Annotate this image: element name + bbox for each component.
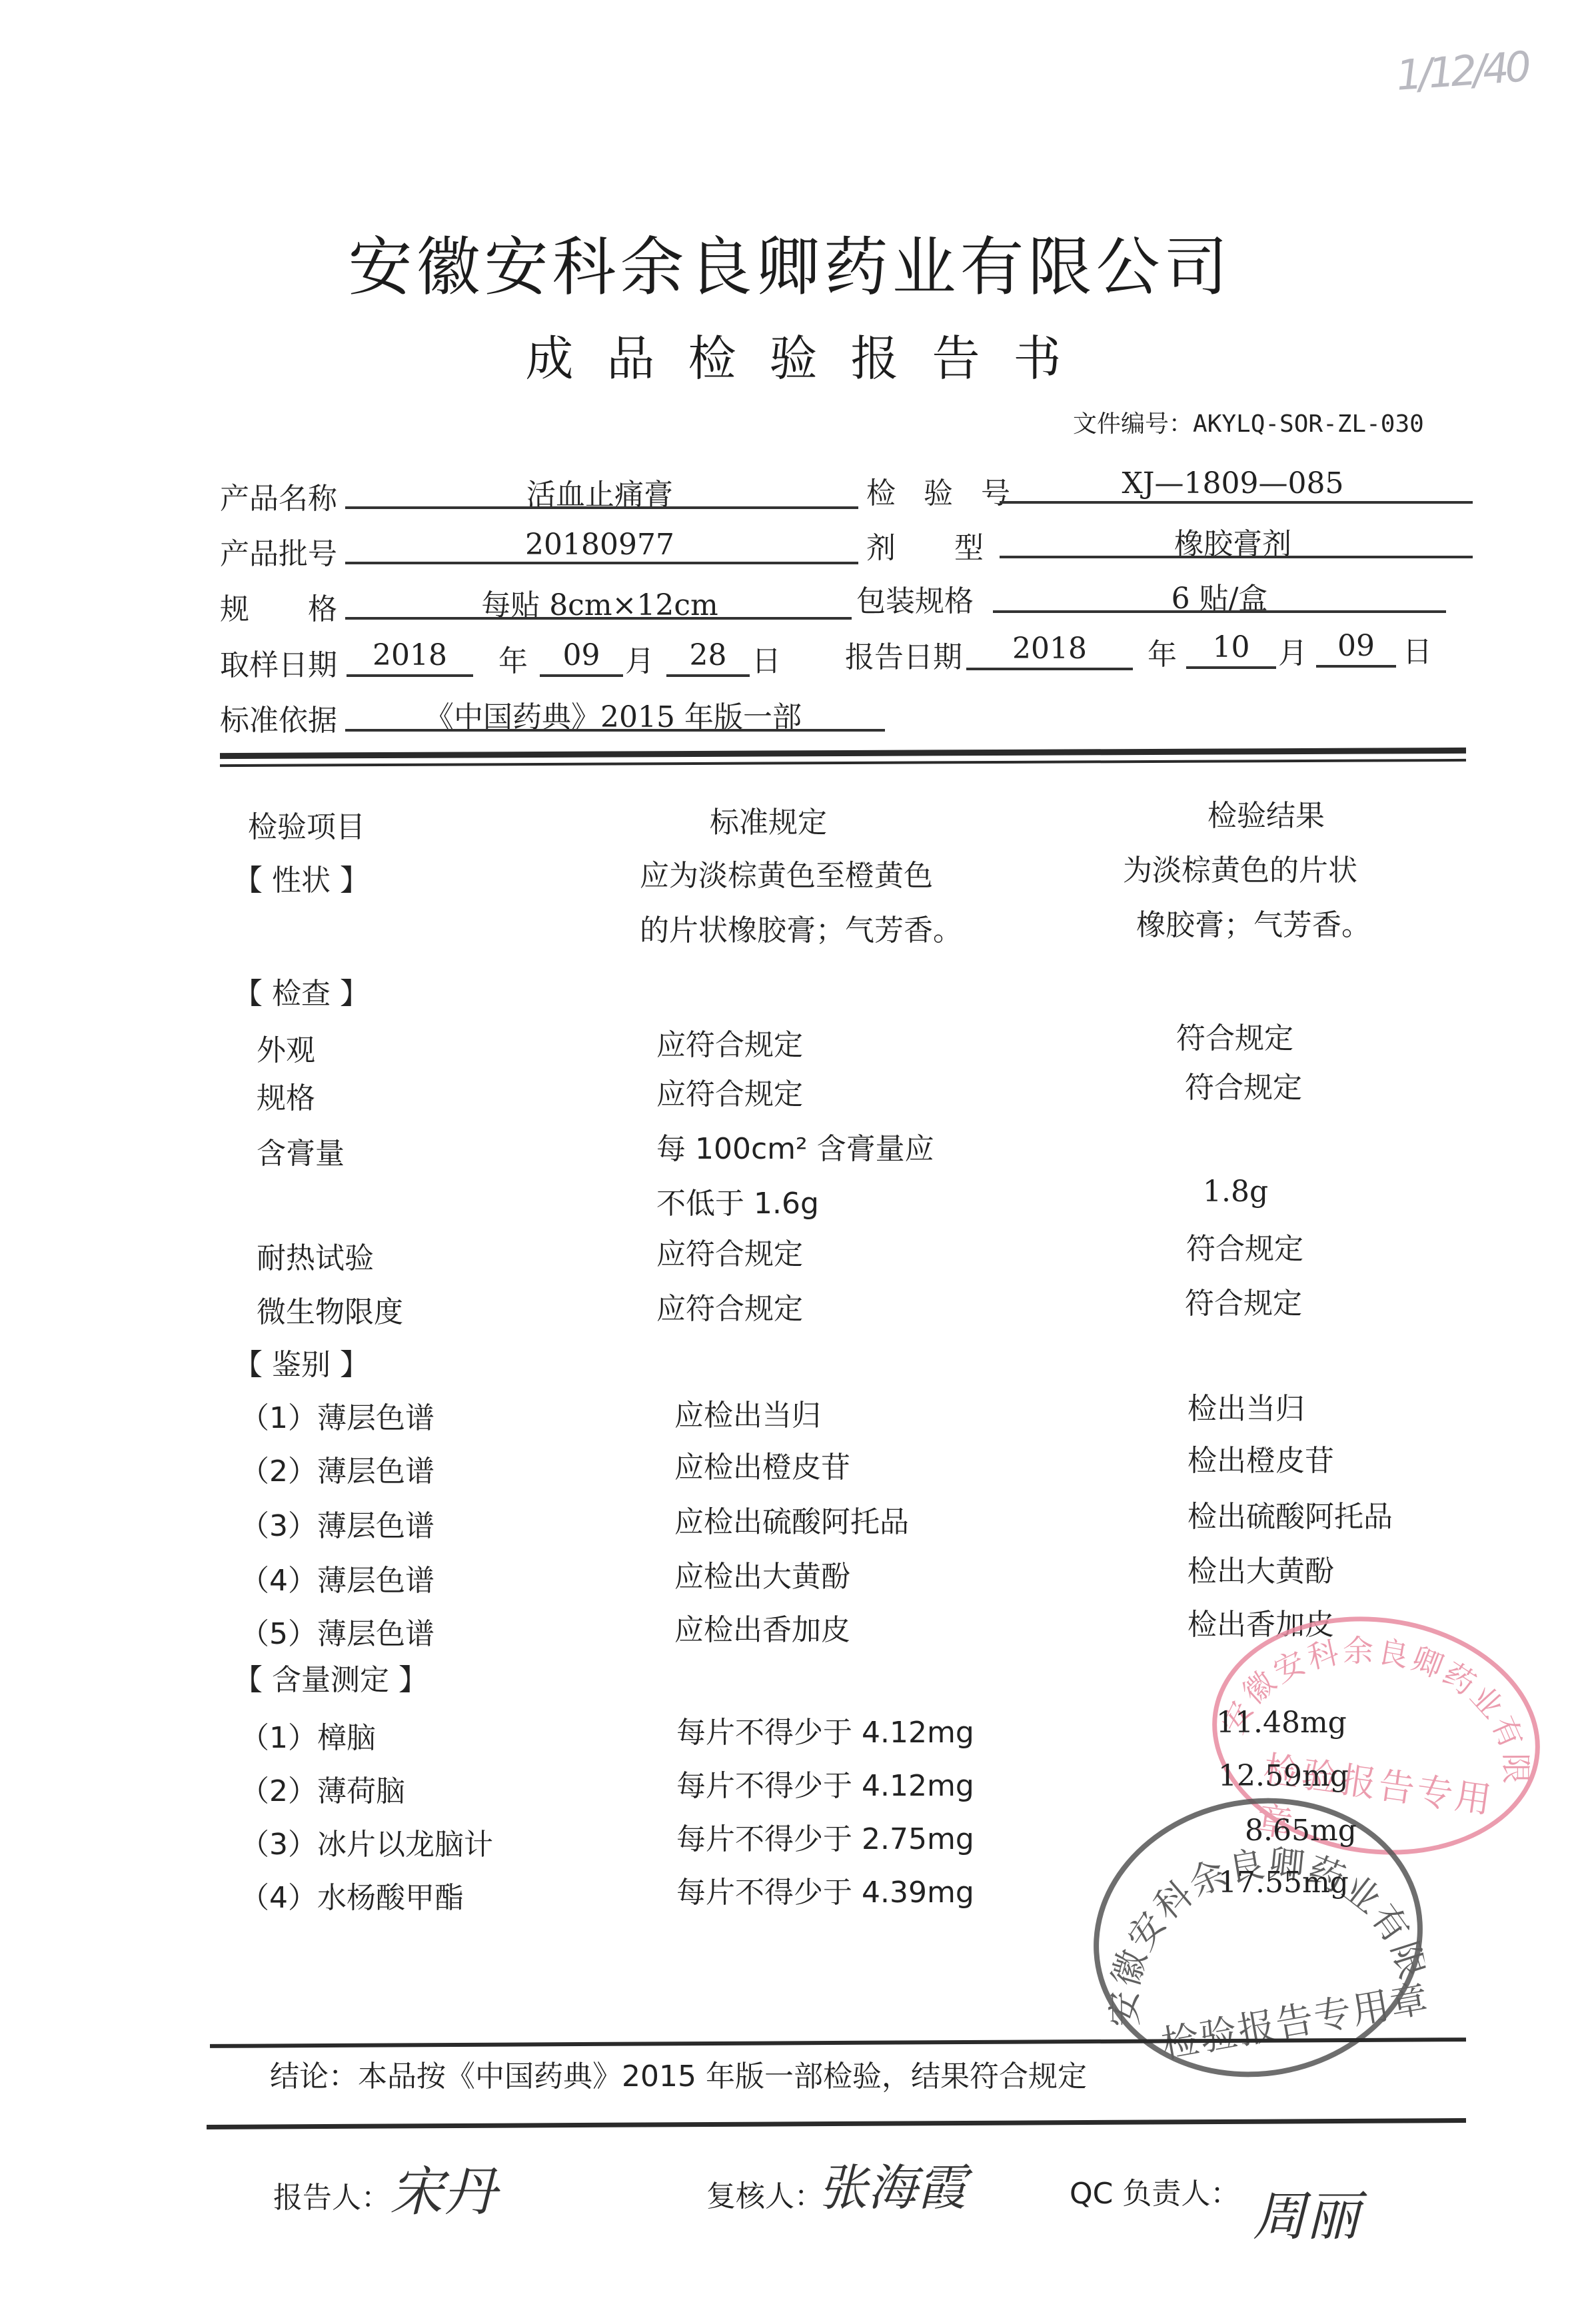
- reporter-label: 报告人：: [273, 2173, 391, 2216]
- section-identification: 【 鉴别 】: [233, 1341, 369, 1383]
- spec-label: 规 格: [220, 585, 337, 628]
- section-character: 【 性状 】: [233, 856, 369, 899]
- check-result: 符合规定: [1186, 1225, 1303, 1267]
- conclusion-text: 结论：本品按《中国药典》2015 年版一部检验，结果符合规定: [270, 2052, 1087, 2095]
- check-standard-line1: 每 100cm² 含膏量应: [656, 1125, 934, 1167]
- check-item: 含膏量: [257, 1129, 345, 1172]
- company-name: 安徽安科余良卿药业有限公司: [0, 217, 1580, 308]
- header-standard: 标准规定: [710, 798, 827, 841]
- ident-item: （1）薄层色谱: [240, 1394, 434, 1437]
- sampling-year: 2018: [347, 638, 473, 672]
- ident-standard: 应检出橙皮苷: [674, 1443, 850, 1486]
- check-result: 符合规定: [1176, 1014, 1293, 1057]
- qc-label: QC 负责人：: [1070, 2169, 1239, 2212]
- check-standard: 应符合规定: [656, 1070, 803, 1113]
- sampling-day-unit: 日: [752, 637, 781, 680]
- report-year-unit: 年: [1148, 630, 1177, 673]
- check-item: 规格: [257, 1074, 315, 1117]
- handwritten-page-number: 1/12/40: [1395, 42, 1529, 100]
- header-divider-thick: [220, 748, 1466, 759]
- assay-item: （3）冰片以龙脑计: [240, 1820, 493, 1863]
- inspection-no-value: XJ—1809—085: [1000, 466, 1466, 500]
- batch-value: 20180977: [347, 528, 853, 562]
- character-result-line1: 为淡棕黄色的片状: [1123, 846, 1357, 889]
- ident-result: 检出大黄酚: [1187, 1547, 1334, 1590]
- conclusion-bottom-rule: [207, 2118, 1466, 2129]
- character-standard-line2: 的片状橡胶膏；气芳香。: [640, 906, 962, 949]
- sampling-month-unit: 月: [625, 637, 654, 680]
- ident-result: 检出硫酸阿托品: [1187, 1492, 1393, 1535]
- assay-result: 11.48mg: [1216, 1706, 1347, 1740]
- check-item: 外观: [257, 1026, 315, 1069]
- check-result: 1.8g: [1203, 1175, 1268, 1209]
- assay-standard: 每片不得少于 4.12mg: [676, 1762, 974, 1804]
- ident-item: （5）薄层色谱: [240, 1610, 434, 1652]
- assay-standard: 每片不得少于 4.39mg: [676, 1868, 974, 1911]
- file-number-value: AKYLQ-SOR-ZL-030: [1193, 410, 1424, 438]
- dosage-form-label: 剂 型: [866, 524, 984, 566]
- assay-item: （1）樟脑: [240, 1714, 376, 1756]
- sampling-month: 09: [540, 638, 623, 672]
- check-standard: 应符合规定: [656, 1021, 803, 1063]
- report-day: 09: [1316, 629, 1396, 663]
- assay-item: （4）水杨酸甲酯: [240, 1874, 464, 1916]
- standard-label: 标准依据: [220, 696, 337, 739]
- ident-standard: 应检出香加皮: [674, 1606, 850, 1648]
- assay-item: （2）薄荷脑: [240, 1767, 405, 1810]
- file-number: 文件编号：AKYLQ-SOR-ZL-030: [1073, 405, 1424, 439]
- ident-standard: 应检出大黄酚: [674, 1552, 850, 1595]
- header-result: 检验结果: [1207, 792, 1325, 834]
- ident-standard: 应检出当归: [674, 1391, 821, 1434]
- batch-label: 产品批号: [220, 530, 337, 572]
- reporter-signature: 宋丹: [390, 2149, 496, 2225]
- check-item: 耐热试验: [257, 1234, 374, 1277]
- header-divider-thin: [220, 759, 1466, 767]
- report-day-unit: 日: [1403, 628, 1432, 670]
- check-standard-line2: 不低于 1.6g: [656, 1179, 819, 1222]
- sampling-day: 28: [666, 638, 750, 672]
- header-item: 检验项目: [248, 803, 365, 846]
- file-number-label: 文件编号：: [1073, 410, 1193, 438]
- check-result: 符合规定: [1185, 1063, 1302, 1106]
- assay-standard: 每片不得少于 2.75mg: [676, 1815, 974, 1858]
- report-month: 10: [1186, 630, 1276, 664]
- character-result-line2: 橡胶膏；气芳香。: [1136, 901, 1371, 943]
- check-item: 微生物限度: [257, 1288, 403, 1331]
- section-check: 【 检查 】: [233, 969, 369, 1012]
- report-year: 2018: [966, 632, 1133, 666]
- inspection-no-label: 检 验 号: [866, 469, 1020, 512]
- report-date-label: 报告日期: [845, 633, 962, 676]
- sampling-year-unit: 年: [498, 637, 528, 680]
- qc-signature: 周丽: [1253, 2173, 1359, 2250]
- assay-result: 12.59mg: [1218, 1759, 1349, 1793]
- ident-item: （3）薄层色谱: [240, 1502, 434, 1544]
- report-month-unit: 月: [1278, 629, 1307, 672]
- assay-result: 8.65mg: [1245, 1814, 1357, 1848]
- check-result: 符合规定: [1185, 1279, 1302, 1322]
- ident-result: 检出当归: [1187, 1385, 1305, 1427]
- product-name-label: 产品名称: [220, 474, 337, 517]
- document-title: 成品检验报告书: [0, 320, 1580, 389]
- ident-standard: 应检出硫酸阿托品: [674, 1498, 909, 1540]
- check-standard: 应符合规定: [656, 1230, 803, 1273]
- ident-item: （2）薄层色谱: [240, 1447, 434, 1490]
- assay-result: 17.55mg: [1218, 1866, 1349, 1900]
- sampling-date-label: 取样日期: [220, 641, 337, 684]
- section-assay: 【 含量测定 】: [233, 1656, 428, 1698]
- character-standard-line1: 应为淡棕黄色至橙黄色: [640, 852, 933, 894]
- ident-item: （4）薄层色谱: [240, 1556, 434, 1599]
- reviewer-label: 复核人：: [706, 2172, 824, 2215]
- ident-result: 检出橙皮苷: [1187, 1437, 1334, 1479]
- package-label: 包装规格: [856, 577, 974, 620]
- assay-standard: 每片不得少于 4.12mg: [676, 1708, 974, 1751]
- check-standard: 应符合规定: [656, 1285, 803, 1327]
- reviewer-signature: 张海霞: [818, 2149, 966, 2219]
